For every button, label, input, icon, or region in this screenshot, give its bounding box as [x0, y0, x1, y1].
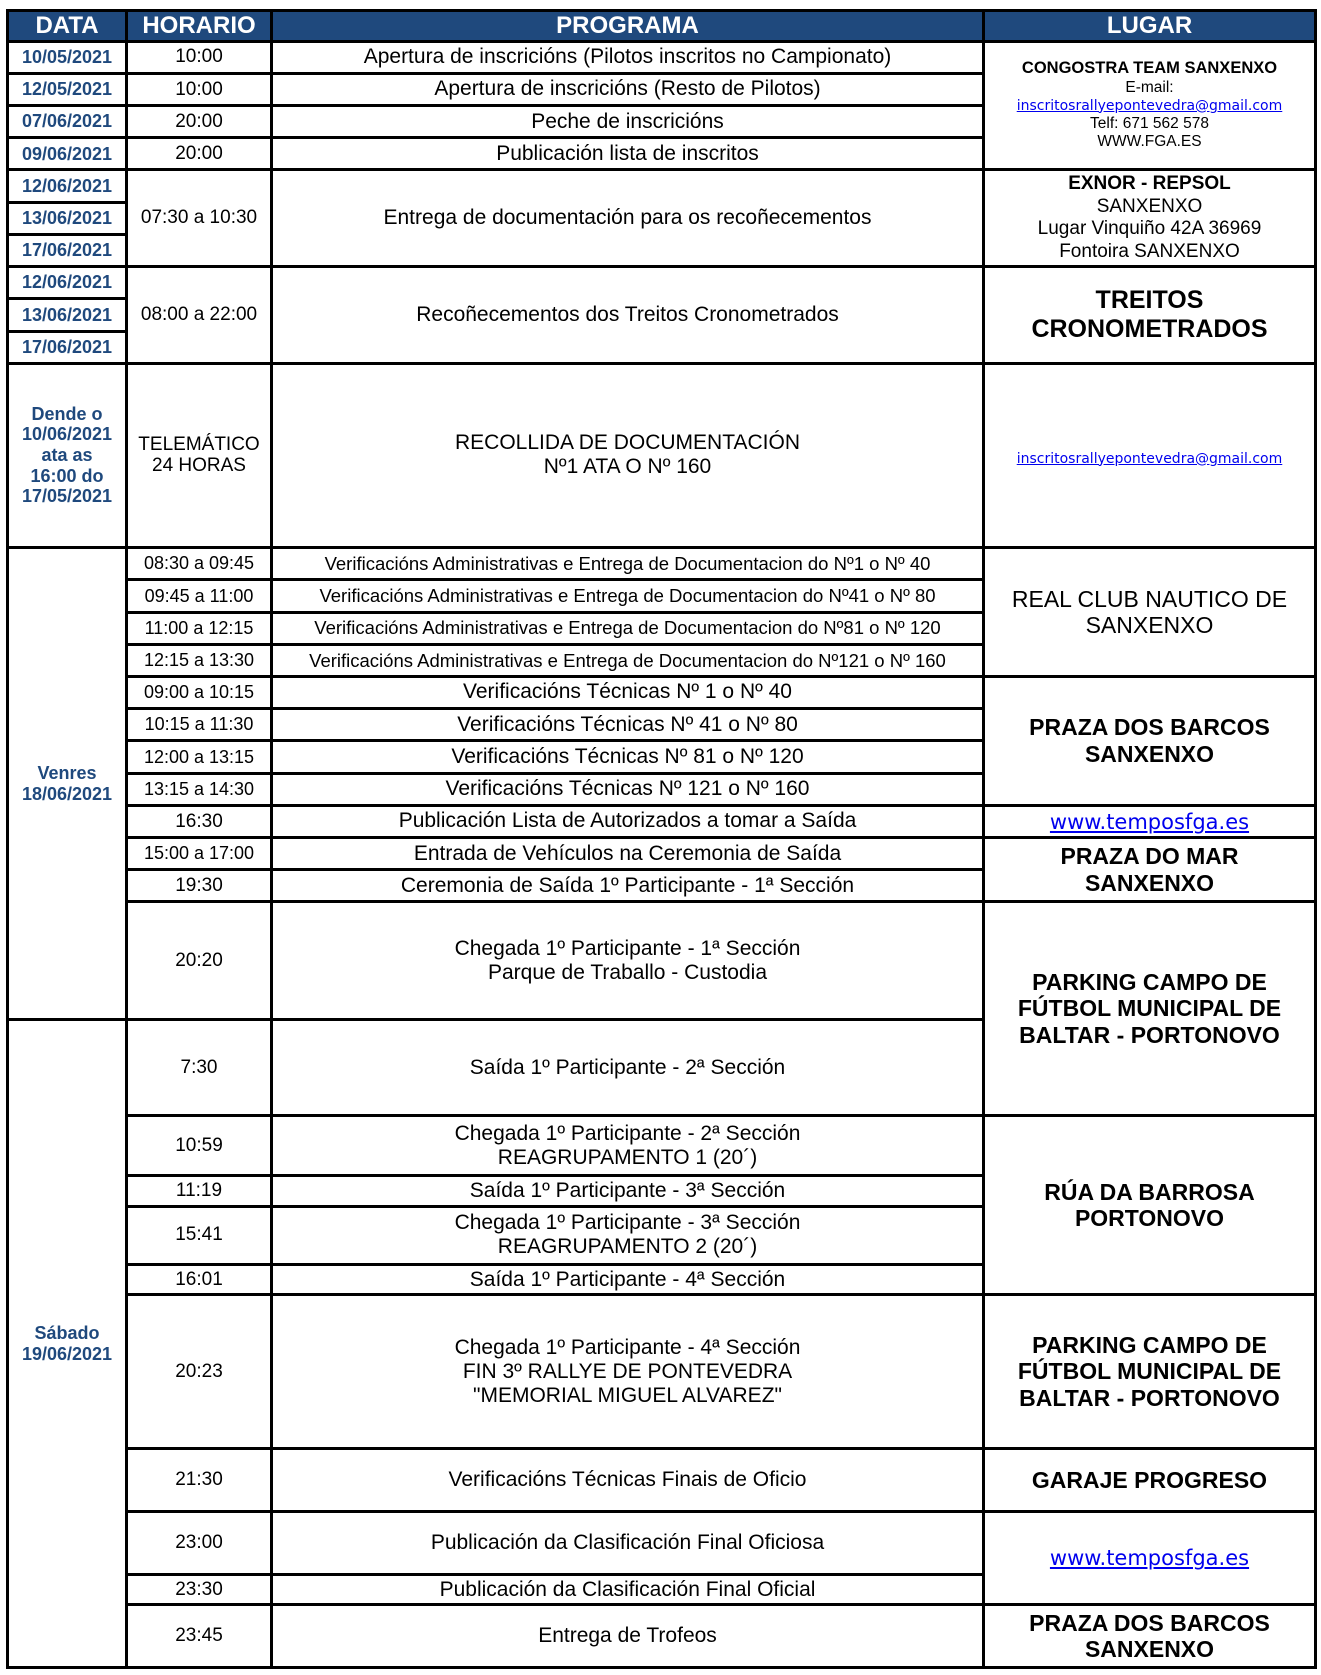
program-line: Nº1 ATA O Nº 160 [275, 455, 980, 479]
row-time: 10:15 a 11:30 [127, 709, 272, 741]
row-program: Chegada 1º Participante - 4ª Sección FIN… [272, 1295, 984, 1449]
place-line: BALTAR - PORTONOVO [987, 1385, 1312, 1411]
table-row: 12/06/2021 07:30 a 10:30 Entrega de docu… [8, 170, 1316, 202]
row-time: 10:00 [127, 41, 272, 73]
row-program: Peche de inscricións [272, 106, 984, 138]
row-program: Chegada 1º Participante - 3ª Sección REA… [272, 1206, 984, 1264]
row-time: 15:41 [127, 1206, 272, 1264]
row-time: 09:00 a 10:15 [127, 676, 272, 708]
table-row: 20:20 Chegada 1º Participante - 1ª Secci… [8, 902, 1316, 1020]
place-parking-baltar-finish: PARKING CAMPO DE FÚTBOL MUNICIPAL DE BAL… [984, 1295, 1316, 1449]
row-program: Saída 1º Participante - 3ª Sección [272, 1176, 984, 1206]
row-time: 11:19 [127, 1176, 272, 1206]
row-time: 21:30 [127, 1449, 272, 1511]
date-line: Dende o [11, 404, 123, 425]
row-program: Publicación lista de inscritos [272, 138, 984, 170]
row-time: 08:00 a 22:00 [127, 267, 272, 364]
table-row: 10:59 Chegada 1º Participante - 2ª Secci… [8, 1115, 1316, 1175]
date-line: 19/06/2021 [11, 1344, 123, 1365]
place-email: inscritosrallyepontevedra@gmail.com [984, 363, 1316, 547]
row-time: TELEMÁTICO 24 HORAS [127, 363, 272, 547]
place-line: BALTAR - PORTONOVO [987, 1022, 1312, 1048]
place-line: PRAZA DOS BARCOS [987, 714, 1312, 740]
place-rua-barrosa: RÚA DA BARROSA PORTONOVO [984, 1115, 1316, 1294]
row-program: Verificacións Técnicas Nº 81 o Nº 120 [272, 741, 984, 773]
row-program: Entrega de Trofeos [272, 1605, 984, 1668]
row-time: 15:00 a 17:00 [127, 838, 272, 870]
table-row: 10/05/2021 10:00 Apertura de inscricións… [8, 41, 1316, 73]
table-row: Dende o 10/06/2021 ata as 16:00 do 17/05… [8, 363, 1316, 547]
table-row: 23:00 Publicación da Clasificación Final… [8, 1511, 1316, 1574]
place-line: PARKING CAMPO DE [987, 969, 1312, 995]
table-row: 09:00 a 10:15 Verificacións Técnicas Nº … [8, 676, 1316, 708]
row-time: 16:01 [127, 1264, 272, 1294]
place-line: FÚTBOL MUNICIPAL DE [987, 1358, 1312, 1384]
program-line: Chegada 1º Participante - 3ª Sección [275, 1211, 980, 1235]
row-program: Chegada 1º Participante - 1ª Sección Par… [272, 902, 984, 1020]
row-date-range: Dende o 10/06/2021 ata as 16:00 do 17/05… [8, 363, 127, 547]
web-link[interactable]: www.temposfga.es [1050, 1546, 1249, 1570]
rally-schedule-table: DATA HORARIO PROGRAMA LUGAR 10/05/2021 1… [6, 9, 1317, 1669]
program-line: Chegada 1º Participante - 1ª Sección [275, 937, 980, 961]
place-praza-mar: PRAZA DO MAR SANXENXO [984, 838, 1316, 902]
program-line: RECOLLIDA DE DOCUMENTACIÓN [275, 431, 980, 455]
place-line: CRONOMETRADOS [987, 315, 1312, 344]
row-program: Publicación Lista de Autorizados a tomar… [272, 805, 984, 837]
row-program: Publicación da Clasificación Final Ofici… [272, 1511, 984, 1574]
row-time: 16:30 [127, 805, 272, 837]
table-row: 12/06/2021 08:00 a 22:00 Recoñecementos … [8, 267, 1316, 299]
row-date: 12/06/2021 [8, 267, 127, 299]
row-program: Apertura de inscricións (Pilotos inscrit… [272, 41, 984, 73]
program-line: "MEMORIAL MIGUEL ALVAREZ" [275, 1384, 980, 1408]
program-line: Parque de Traballo - Custodia [275, 961, 980, 985]
place-web-results: www.temposfga.es [984, 1511, 1316, 1605]
web-link[interactable]: www.temposfga.es [1050, 810, 1249, 834]
date-friday: Venres 18/06/2021 [8, 548, 127, 1020]
row-time: 23:30 [127, 1575, 272, 1605]
row-time: 20:00 [127, 106, 272, 138]
row-program: Ceremonia de Saída 1º Participante - 1ª … [272, 870, 984, 902]
date-line: 10/06/2021 [11, 424, 123, 445]
row-date: 13/06/2021 [8, 299, 127, 331]
program-line: Chegada 1º Participante - 4ª Sección [275, 1336, 980, 1360]
table-row: Venres 18/06/2021 08:30 a 09:45 Verifica… [8, 548, 1316, 580]
date-line: 16:00 do [11, 466, 123, 487]
row-time: 10:00 [127, 73, 272, 105]
program-line: REAGRUPAMENTO 1 (20´) [275, 1146, 980, 1170]
phone: Telf: 671 562 578 [987, 115, 1312, 134]
place-congostra: CONGOSTRA TEAM SANXENXO E-mail: inscrito… [984, 41, 1316, 170]
place-garaje: GARAJE PROGRESO [984, 1449, 1316, 1511]
row-date: 07/06/2021 [8, 106, 127, 138]
row-time: 08:30 a 09:45 [127, 548, 272, 580]
row-program: Verificacións Técnicas Nº 121 o Nº 160 [272, 773, 984, 805]
place-name: CONGOSTRA TEAM SANXENXO [987, 59, 1312, 79]
row-date: 12/05/2021 [8, 73, 127, 105]
row-program: Verificacións Administrativas e Entrega … [272, 580, 984, 612]
time-line: 24 HORAS [130, 455, 268, 477]
table-row: 16:30 Publicación Lista de Autorizados a… [8, 805, 1316, 837]
row-time: 12:00 a 13:15 [127, 741, 272, 773]
row-date: 17/06/2021 [8, 331, 127, 363]
header-date: DATA [8, 11, 127, 42]
row-program: Verificacións Técnicas Nº 1 o Nº 40 [272, 676, 984, 708]
website: WWW.FGA.ES [987, 133, 1312, 152]
place-praza-barcos: PRAZA DOS BARCOS SANXENXO [984, 676, 1316, 805]
row-time: 07:30 a 10:30 [127, 170, 272, 267]
table-row: 15:00 a 17:00 Entrada de Vehículos na Ce… [8, 838, 1316, 870]
row-program: Publicación da Clasificación Final Ofici… [272, 1575, 984, 1605]
row-program: Recoñecementos dos Treitos Cronometrados [272, 267, 984, 364]
email-label: E-mail: [987, 79, 1312, 98]
time-line: TELEMÁTICO [130, 434, 268, 456]
row-program: Verificacións Administrativas e Entrega … [272, 548, 984, 580]
place-praza-barcos-trophies: PRAZA DOS BARCOS SANXENXO [984, 1605, 1316, 1668]
row-time: 20:00 [127, 138, 272, 170]
date-line: 18/06/2021 [11, 784, 123, 805]
place-parking-baltar: PARKING CAMPO DE FÚTBOL MUNICIPAL DE BAL… [984, 902, 1316, 1115]
place-line: SANXENXO [987, 1636, 1312, 1662]
place-name: EXNOR - REPSOL [987, 173, 1312, 196]
email-link[interactable]: inscritosrallyepontevedra@gmail.com [987, 98, 1312, 115]
place-line: RÚA DA BARROSA [987, 1179, 1312, 1205]
place-line: PRAZA DO MAR [987, 843, 1312, 869]
row-time: 20:20 [127, 902, 272, 1020]
place-stages: TREITOS CRONOMETRADOS [984, 267, 1316, 364]
place-line: PARKING CAMPO DE [987, 1332, 1312, 1358]
row-program: Entrada de Vehículos na Ceremonia de Saí… [272, 838, 984, 870]
row-date: 09/06/2021 [8, 138, 127, 170]
program-line: REAGRUPAMENTO 2 (20´) [275, 1235, 980, 1259]
row-time: 7:30 [127, 1020, 272, 1116]
place-nautical-club: REAL CLUB NAUTICO DE SANXENXO [984, 548, 1316, 677]
place-line: FÚTBOL MUNICIPAL DE [987, 995, 1312, 1021]
row-program: Chegada 1º Participante - 2ª Sección REA… [272, 1115, 984, 1175]
table-row: 21:30 Verificacións Técnicas Finais de O… [8, 1449, 1316, 1511]
date-line: Sábado [11, 1323, 123, 1344]
place-line: TREITOS [987, 286, 1312, 315]
place-exnor: EXNOR - REPSOL SANXENXO Lugar Vinquiño 4… [984, 170, 1316, 267]
row-time: 11:00 a 12:15 [127, 612, 272, 644]
table-row: 20:23 Chegada 1º Participante - 4ª Secci… [8, 1295, 1316, 1449]
date-line: ata as [11, 445, 123, 466]
place-line: Lugar Vinquiño 42A 36969 [987, 218, 1312, 241]
row-time: 09:45 a 11:00 [127, 580, 272, 612]
row-time: 10:59 [127, 1115, 272, 1175]
row-time: 19:30 [127, 870, 272, 902]
row-time: 13:15 a 14:30 [127, 773, 272, 805]
header-program: PROGRAMA [272, 11, 984, 42]
header-place: LUGAR [984, 11, 1316, 42]
place-line: SANXENXO [987, 741, 1312, 767]
place-line: REAL CLUB NAUTICO DE [987, 586, 1312, 612]
row-date: 12/06/2021 [8, 170, 127, 202]
program-line: Chegada 1º Participante - 2ª Sección [275, 1122, 980, 1146]
row-time: 12:15 a 13:30 [127, 644, 272, 676]
place-line: Fontoira SANXENXO [987, 241, 1312, 264]
date-line: 17/05/2021 [11, 486, 123, 507]
row-program: Entrega de documentación para os recoñec… [272, 170, 984, 267]
row-program: Verificacións Técnicas Nº 41 o Nº 80 [272, 709, 984, 741]
email-link[interactable]: inscritosrallyepontevedra@gmail.com [1017, 451, 1283, 467]
row-program: Verificacións Administrativas e Entrega … [272, 612, 984, 644]
row-time: 23:00 [127, 1511, 272, 1574]
row-date: 13/06/2021 [8, 202, 127, 234]
place-line: PRAZA DOS BARCOS [987, 1610, 1312, 1636]
row-time: 23:45 [127, 1605, 272, 1668]
row-program: Saída 1º Participante - 4ª Sección [272, 1264, 984, 1294]
row-program: Saída 1º Participante - 2ª Sección [272, 1020, 984, 1116]
row-program: Verificacións Técnicas Finais de Oficio [272, 1449, 984, 1511]
place-line: PORTONOVO [987, 1205, 1312, 1231]
program-line: FIN 3º RALLYE DE PONTEVEDRA [275, 1360, 980, 1384]
row-program: Verificacións Administrativas e Entrega … [272, 644, 984, 676]
date-line: Venres [11, 763, 123, 784]
place-line: SANXENXO [987, 196, 1312, 219]
row-date: 17/06/2021 [8, 234, 127, 266]
table-row: 23:45 Entrega de Trofeos PRAZA DOS BARCO… [8, 1605, 1316, 1668]
place-line: SANXENXO [987, 870, 1312, 896]
place-web: www.temposfga.es [984, 805, 1316, 837]
header-time: HORARIO [127, 11, 272, 42]
date-saturday: Sábado 19/06/2021 [8, 1020, 127, 1668]
row-date: 10/05/2021 [8, 41, 127, 73]
row-program: RECOLLIDA DE DOCUMENTACIÓN Nº1 ATA O Nº … [272, 363, 984, 547]
place-line: SANXENXO [987, 612, 1312, 638]
row-time: 20:23 [127, 1295, 272, 1449]
row-program: Apertura de inscricións (Resto de Piloto… [272, 73, 984, 105]
